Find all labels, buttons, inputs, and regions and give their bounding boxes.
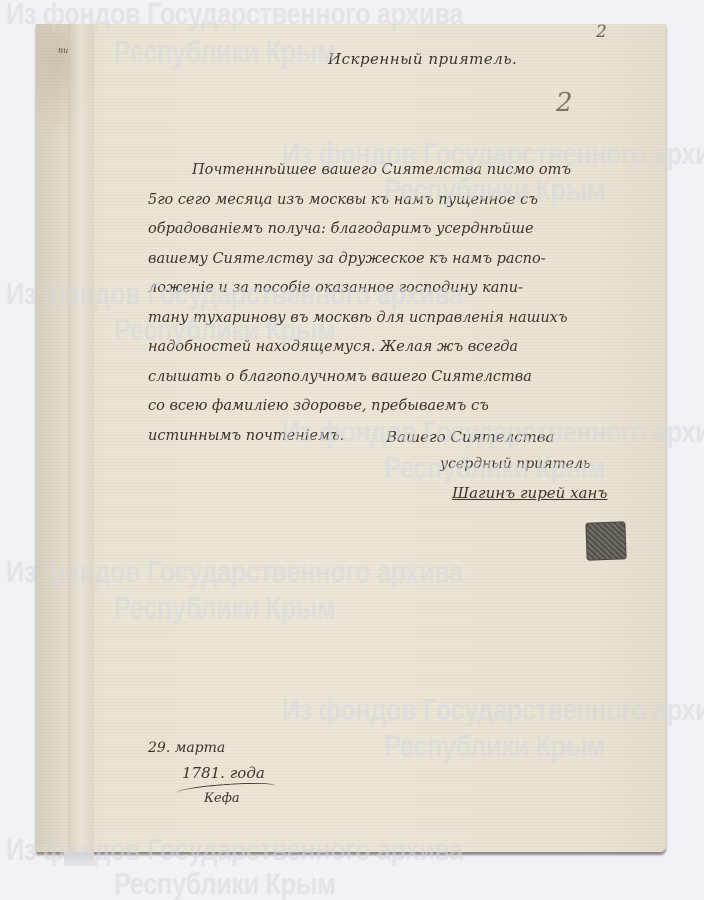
letter-line: ложеніе и за пособіе оказанное господину… (148, 274, 618, 304)
letter-line: вашему Сиятелству за дружеское къ намъ р… (148, 245, 618, 275)
salutation-heading: Искренный приятель. (328, 50, 517, 68)
binding-tape-strip (68, 24, 94, 852)
corner-mark: пи (58, 46, 68, 55)
letter-line: Почтеннѣйшее вашего Сиятелства писмо отъ (148, 156, 618, 186)
closing-address: Вашего Сиятелства (386, 428, 554, 446)
binding-tape-end (64, 852, 94, 866)
letter-line: надобностей находящемуся. Желая жъ всегд… (148, 333, 618, 363)
letter-line: обрадованіемъ получа: благодаримъ усердн… (148, 215, 618, 245)
letter-body: Почтеннѣйшее вашего Сиятелства писмо отъ… (148, 156, 618, 451)
closing-title: усердный приятель (440, 456, 591, 472)
date-day-month: 29. марта (148, 740, 225, 756)
letter-line: 5го сего месяца изъ москвы къ намъ пущен… (148, 186, 618, 216)
letter-line: со всею фамиліею здоровье, пребываемъ съ (148, 392, 618, 422)
seal-stamp-icon (585, 521, 626, 560)
page-number-pencil: 2 (556, 88, 573, 118)
letter-line: слышать о благополучномъ вашего Сиятелст… (148, 363, 618, 393)
watermark-line2: Республики Крым (114, 866, 335, 900)
date-place: Кефа (204, 791, 240, 806)
date-year: 1781. года (182, 764, 265, 782)
signature: Шагинъ гирей ханъ (452, 484, 607, 502)
page-number-ink: 2 (596, 22, 607, 42)
letter-line: тану тухаринову въ москвѣ для исправлені… (148, 304, 618, 334)
